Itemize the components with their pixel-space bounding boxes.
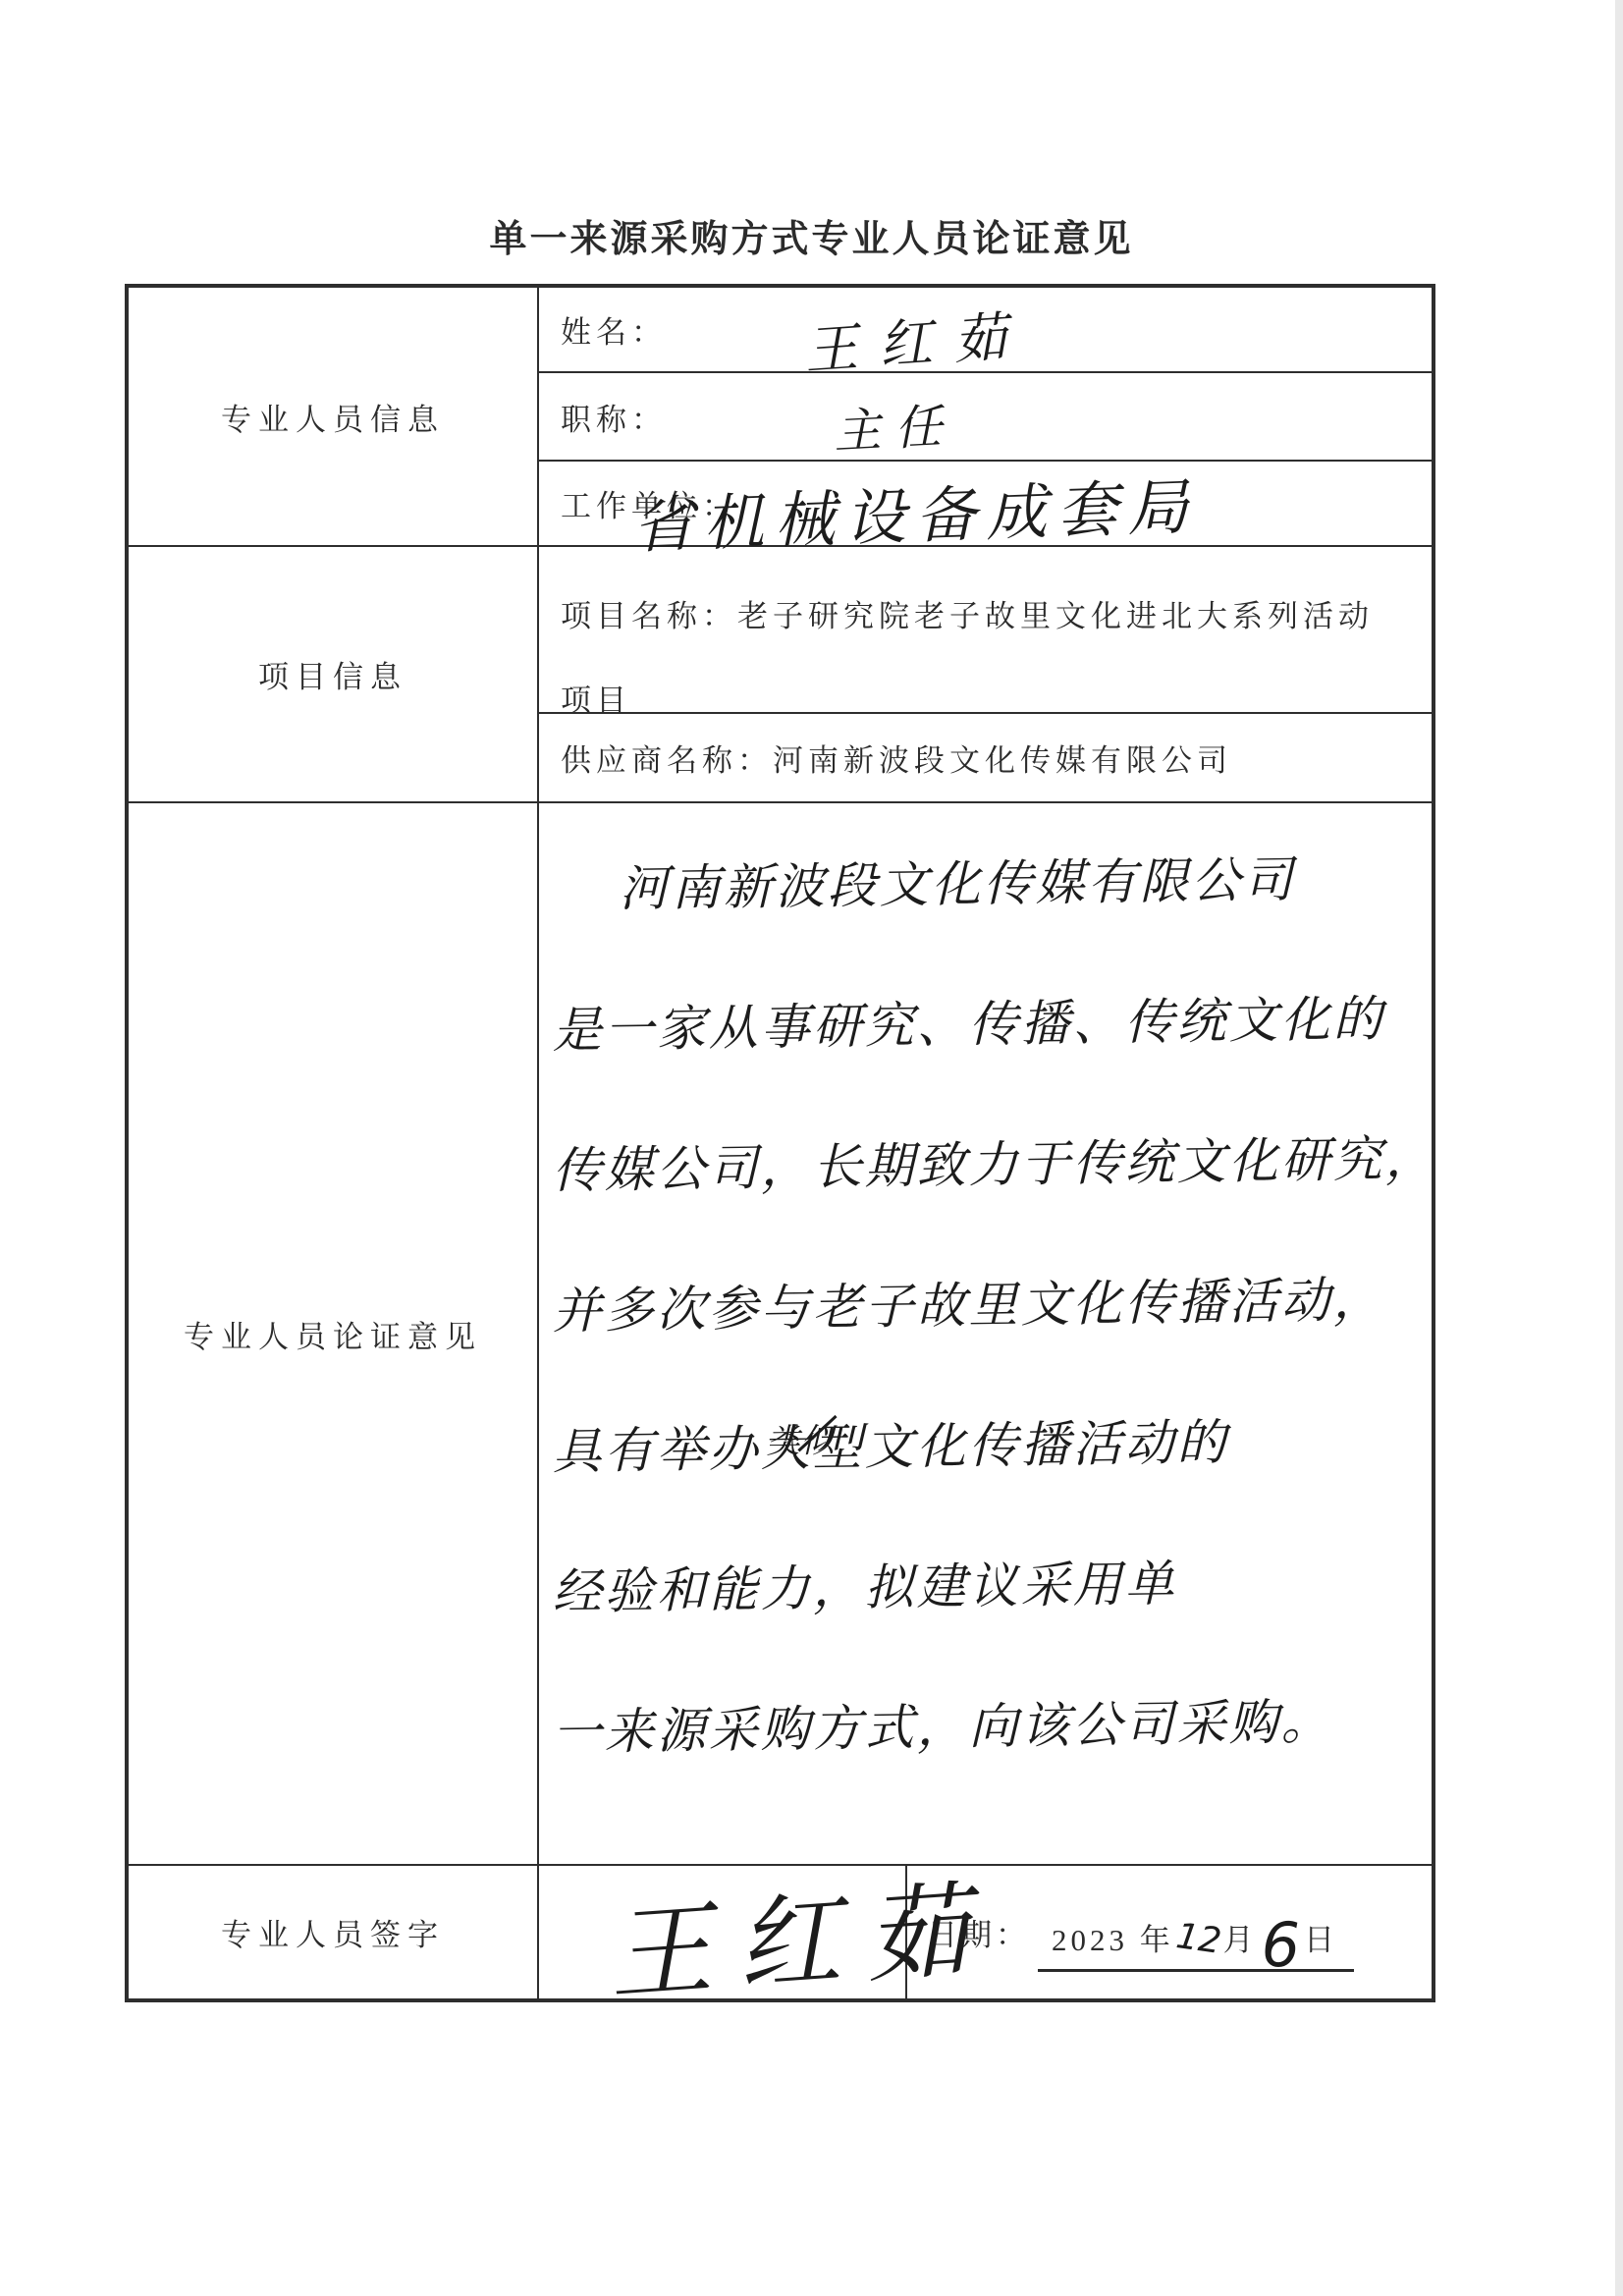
- opinion-line-3: 传媒公司，长期致力于传统文化研究，: [552, 1120, 1433, 1272]
- date-day-suffix: 日: [1304, 1923, 1338, 1957]
- date-year-printed: 2023 年: [1052, 1923, 1174, 1957]
- document-title: 单一来源采购方式专业人员论证意见: [0, 208, 1623, 262]
- scanned-form-page: 单一来源采购方式专业人员论证意见 专业人员信息 姓名： 王红茹 职称： 主任 工…: [0, 0, 1623, 2296]
- signature-section-label: 专业人员签字: [128, 1865, 538, 1999]
- date-month-handwritten: 12: [1173, 1916, 1223, 1962]
- date-month-suffix: 月: [1223, 1923, 1258, 1957]
- personnel-section-label: 专业人员信息: [128, 287, 538, 546]
- job-title-handwritten-value: 主任: [832, 388, 956, 462]
- opinion-line-7: 一来源采购方式，向该公司采购。: [552, 1681, 1433, 1833]
- opinion-line-6: 经验和能力，拟建议采用单: [552, 1541, 1433, 1693]
- date-day-handwritten: 6: [1262, 1909, 1300, 1981]
- supplier-row: 供应商名称： 河南新波段文化传媒有限公司: [538, 713, 1433, 802]
- opinion-content-cell: 河南新波段文化传媒有限公司 是一家从事研究、传播、传统文化的 传媒公司，长期致力…: [538, 802, 1433, 1865]
- signature-handwritten: 王红茹: [603, 1846, 999, 2021]
- name-row: 姓名： 王红茹: [538, 287, 1433, 372]
- opinion-line-4: 并多次参与老子故里文化传播活动，: [552, 1260, 1433, 1412]
- opinion-line-2: 是一家从事研究、传播、传统文化的: [552, 979, 1433, 1131]
- verification-form-table: 专业人员信息 姓名： 王红茹 职称： 主任 工作单位： 省机械设备成套局 项目信…: [125, 284, 1435, 2002]
- job-title-label: 职称：: [561, 395, 667, 439]
- work-unit-row: 工作单位： 省机械设备成套局: [538, 461, 1433, 546]
- opinion-line-5: 具有举办类似大型文化传播活动的: [552, 1400, 1433, 1553]
- name-label: 姓名：: [561, 307, 667, 352]
- job-title-row: 职称： 主任: [538, 372, 1433, 461]
- signature-cell: 王红茹: [538, 1865, 906, 1999]
- project-name-label: 项目名称：: [561, 599, 737, 633]
- opinion-line-1: 河南新波段文化传媒有限公司: [552, 839, 1433, 991]
- project-name-row: 项目名称：老子研究院老子故里文化进北大系列活动项目: [538, 546, 1433, 713]
- opinion-handwritten-text: 河南新波段文化传媒有限公司 是一家从事研究、传播、传统文化的 传媒公司，长期致力…: [539, 803, 1432, 1864]
- name-handwritten-value: 王红茹: [802, 294, 1031, 385]
- project-section-label: 项目信息: [128, 546, 538, 802]
- scan-edge-artifact: [1615, 0, 1623, 2296]
- opinion-section-label: 专业人员论证意见: [128, 802, 538, 1865]
- opinion-line-5-before: 具有举办: [552, 1420, 761, 1480]
- date-value-group: 2023 年12月6日: [1038, 1893, 1354, 1972]
- supplier-label: 供应商名称：: [561, 736, 773, 780]
- supplier-value: 河南新波段文化传媒有限公司: [773, 736, 1232, 780]
